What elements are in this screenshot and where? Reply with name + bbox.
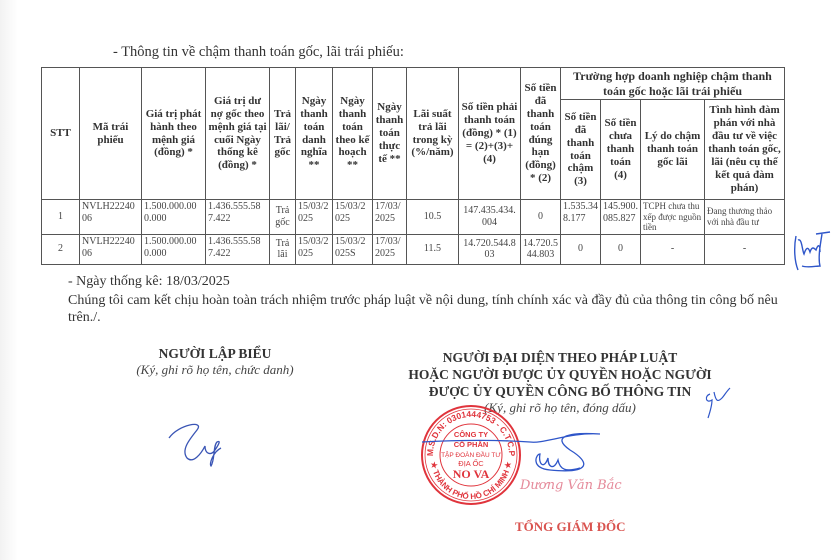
cell-delay-reason: - <box>641 234 705 264</box>
header-late-group: Trường hợp doanh nghiệp chậm thanh toán … <box>561 68 785 100</box>
cell-outstanding: 1.436.555.587.422 <box>206 200 270 235</box>
cell-stt: 1 <box>42 200 80 235</box>
commitment-statement: Chúng tôi cam kết chịu hoàn toàn trách n… <box>68 292 778 326</box>
header-outstanding: Giá trị dư nợ gốc theo mệnh giá tại cuối… <box>206 68 270 200</box>
cell-nominal-date: 15/03/2025 <box>296 200 333 235</box>
header-amount-due: Số tiền phải thanh toán (đồng) * (1) = (… <box>459 68 521 200</box>
cell-issue-value: 1.500.000.000.000 <box>142 200 206 235</box>
representative-signature <box>420 430 610 480</box>
header-interest-rate: Lãi suất trả lãi trong kỳ (%/năm) <box>407 68 459 200</box>
representative-title-2: HOẶC NGƯỜI ĐƯỢC ỦY QUYỀN HOẶC NGƯỜI <box>380 366 740 383</box>
header-stt: STT <box>42 68 80 200</box>
header-nominal-date: Ngày thanh toán danh nghĩa ** <box>296 68 333 200</box>
margin-initials-signature <box>790 226 834 274</box>
cell-negotiation: - <box>705 234 785 264</box>
header-issue-value: Giá trị phát hành theo mệnh giá (đồng) * <box>142 68 206 200</box>
header-bond-code: Mã trái phiếu <box>80 68 142 200</box>
cell-actual-date: 17/03/2025 <box>373 200 407 235</box>
bond-delay-table: STT Mã trái phiếu Giá trị phát hành theo… <box>41 67 785 265</box>
cell-paid-late: 0 <box>561 234 601 264</box>
representative-title-3: ĐƯỢC ỦY QUYỀN CÔNG BỐ THÔNG TIN <box>380 383 740 400</box>
cell-paid-late: 1.535.348.177 <box>561 200 601 235</box>
header-pay-type: Trả lãi/ Trả gốc <box>270 68 296 200</box>
cell-bond-code: NVLH2224006 <box>80 234 142 264</box>
cell-paid-on-time: 14.720.544.803 <box>521 234 561 264</box>
header-unpaid: Số tiền chưa thanh toán (4) <box>601 100 641 200</box>
statistics-date: - Ngày thống kê: 18/03/2025 <box>68 274 230 290</box>
cell-planned-date: 15/03/2025 <box>333 200 373 235</box>
cell-unpaid: 0 <box>601 234 641 264</box>
cell-stt: 2 <box>42 234 80 264</box>
cell-interest-rate: 10.5 <box>407 200 459 235</box>
header-paid-late: Số tiền đã thanh toán chậm (3) <box>561 100 601 200</box>
header-paid-on-time: Số tiền đã thanh toán đúng hạn (đồng) * … <box>521 68 561 200</box>
cell-amount-due: 14.720.544.803 <box>459 234 521 264</box>
cell-interest-rate: 11.5 <box>407 234 459 264</box>
preparer-signature <box>165 420 245 470</box>
representative-title-1: NGƯỜI ĐẠI DIỆN THEO PHÁP LUẬT <box>380 349 740 366</box>
table-row: 2 NVLH2224006 1.500.000.000.000 1.436.55… <box>42 234 785 264</box>
cell-issue-value: 1.500.000.000.000 <box>142 234 206 264</box>
cell-actual-date: 17/03/2025 <box>373 234 407 264</box>
cell-negotiation: Đang thương thảo với nhà đầu tư <box>705 200 785 235</box>
cell-amount-due: 147.435.434.004 <box>459 200 521 235</box>
signer-name: Dương Văn Bắc <box>520 478 622 493</box>
cell-paid-on-time: 0 <box>521 200 561 235</box>
signer-role: TỔNG GIÁM ĐỐC <box>515 519 626 535</box>
cell-bond-code: NVLH2224006 <box>80 200 142 235</box>
preparer-signature-block: NGƯỜI LẬP BIỂU (Ký, ghi rõ họ tên, chức … <box>110 345 320 378</box>
table-row: 1 NVLH2224006 1.500.000.000.000 1.436.55… <box>42 200 785 235</box>
cell-nominal-date: 15/03/2025 <box>296 234 333 264</box>
header-negotiation: Tình hình đàm phán với nhà đầu tư về việ… <box>705 100 785 200</box>
preparer-title: NGƯỜI LẬP BIỂU <box>110 345 320 362</box>
header-actual-date: Ngày thanh toán thực tế ** <box>373 68 407 200</box>
cell-unpaid: 145.900.085.827 <box>601 200 641 235</box>
cell-planned-date: 15/03/2025S <box>333 234 373 264</box>
section-intro: - Thông tin về chậm thanh toán gốc, lãi … <box>113 44 404 61</box>
cell-outstanding: 1.436.555.587.422 <box>206 234 270 264</box>
preparer-note: (Ký, ghi rõ họ tên, chức danh) <box>110 362 320 378</box>
page-edge-shadow <box>0 0 18 560</box>
header-planned-date: Ngày thanh toán theo kế hoạch ** <box>333 68 373 200</box>
header-delay-reason: Lý do chậm thanh toán gốc lãi <box>641 100 705 200</box>
cell-delay-reason: TCPH chưa thu xếp được nguồn tiền <box>641 200 705 235</box>
title-initials-signature <box>702 384 732 420</box>
cell-pay-type: Trả gốc <box>270 200 296 235</box>
cell-pay-type: Trả lãi <box>270 234 296 264</box>
